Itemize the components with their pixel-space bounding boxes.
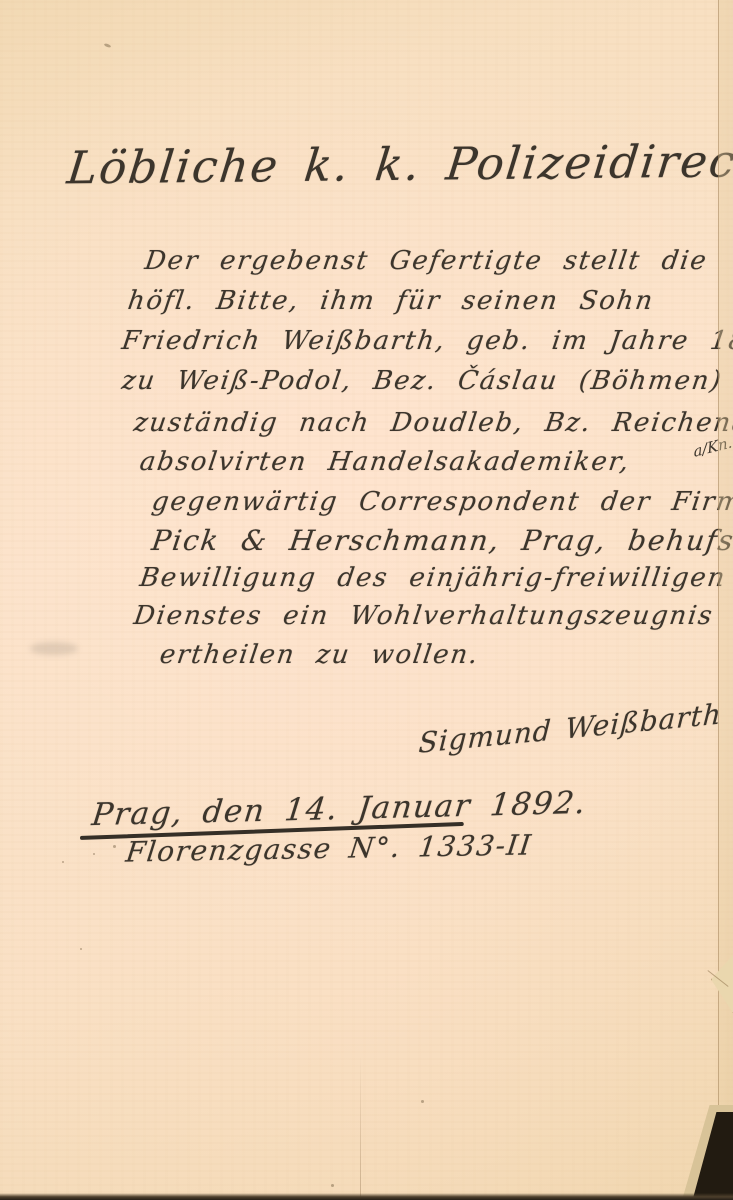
scanned-letter-page: Löbliche k. k. Polizeidirection! Der erg… — [0, 0, 733, 1200]
body-line: Friedrich Weißbarth, geb. im Jahre 1871 — [120, 326, 733, 356]
paper-speck — [80, 948, 82, 950]
body-line: zuständig nach Doudleb, Bz. Reichenau — [132, 408, 733, 438]
paper-speck — [601, 507, 604, 509]
address-line: Florenzgasse N°. 1333-II — [124, 828, 534, 868]
paper-speck — [93, 853, 95, 855]
body-line: Bewilligung des einjährig-freiwilligen — [138, 563, 728, 593]
signature: Sigmund Weißbarth — [418, 697, 723, 760]
body-line: höfl. Bitte, ihm für seinen Sohn — [126, 286, 656, 316]
paper-speck — [62, 861, 64, 863]
body-line: zu Weiß-Podol, Bez. Čáslau (Böhmen) — [120, 366, 724, 396]
body-line: Der ergebenst Gefertigte stellt die — [143, 246, 710, 276]
salutation: Löbliche k. k. Polizeidirection! — [65, 135, 722, 195]
paper-speck — [104, 43, 112, 48]
paper-speck — [421, 1100, 424, 1103]
body-line: Pick & Herschmann, Prag, behufs — [150, 524, 733, 557]
paper-speck — [331, 1184, 334, 1187]
body-line: gegenwärtig Correspondent der Firma — [150, 487, 733, 517]
paper-speck — [113, 845, 116, 848]
scan-bottom-edge — [0, 1193, 733, 1200]
paper-right-edge — [718, 0, 733, 1200]
ink-smudge — [30, 642, 78, 655]
body-line: ertheilen zu wollen. — [158, 640, 481, 670]
body-line: Dienstes ein Wohlverhaltungszeugnis — [132, 601, 716, 631]
paper-crease — [360, 1055, 361, 1200]
body-line: absolvirten Handelsakademiker, — [138, 447, 632, 477]
